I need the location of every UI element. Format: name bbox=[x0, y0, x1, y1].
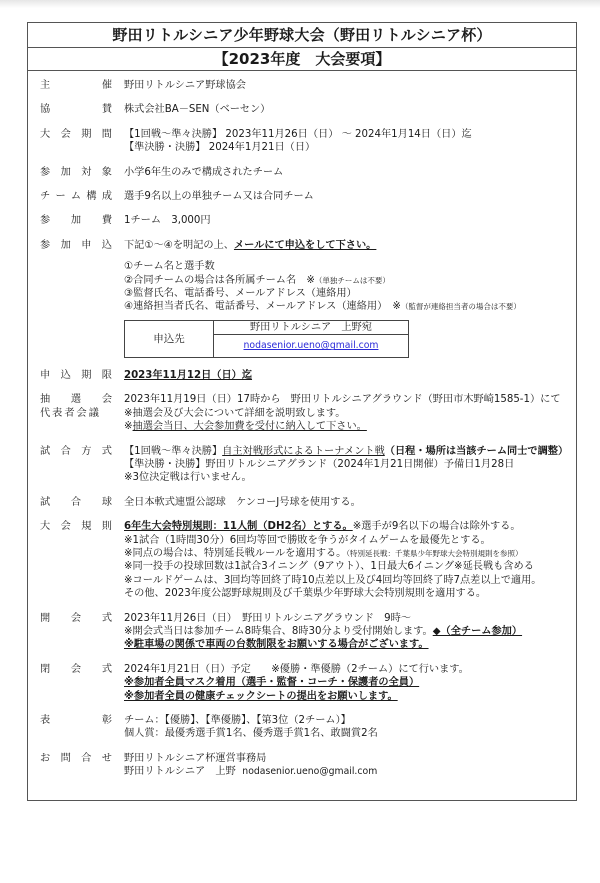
section-format: 試 合 方 式 【1回戦～準々決勝】自主対戦形式によるトーナメント戦（日程・場所… bbox=[40, 445, 576, 485]
lottery-line: ※抽選会当日、大会参加費を受付に納入して下さい。 bbox=[124, 420, 576, 433]
inquiry-email[interactable]: nodasenior.ueno@gmail.com bbox=[242, 766, 377, 777]
document-subtitle: 【2023年度 大会要項】 bbox=[28, 48, 576, 71]
format-line: 【1回戦～準々決勝】自主対戦形式によるトーナメント戦（日程・場所は当該チーム同士… bbox=[124, 445, 576, 458]
contact-name: 野田リトルシニア 上野宛 bbox=[214, 321, 408, 335]
application-item: ①チーム名と選手数 bbox=[124, 260, 576, 273]
contact-email-link[interactable]: nodasenior.ueno@gmail.com bbox=[214, 335, 408, 357]
section-label: 開 会 式 bbox=[40, 612, 112, 652]
application-intro: 下記①～④を明記の上、メールにて申込をして下さい。 bbox=[124, 239, 576, 252]
period-line: 【準決勝・決勝】 2024年1月21日（日） bbox=[124, 141, 576, 154]
opening-line: 2023年11月26日（日） 野田リトルシニアグラウンド 9時～ bbox=[124, 612, 576, 625]
sponsor-value: 株式会社BA－SEN（ベーセン） bbox=[124, 103, 576, 116]
section-team: チ ー ム 構 成 選手9名以上の単独チーム又は合同チーム bbox=[40, 190, 576, 203]
opening-line: ※駐車場の関係で車両の台数制限をお願いする場合がございます。 bbox=[124, 638, 576, 651]
application-item: ③監督氏名、電話番号、メールアドレス（連絡用） bbox=[124, 287, 576, 300]
section-awards: 表 彰 チーム：【優勝】、【準優勝】、【第3位（2チーム）】 個人賞：最優秀選手… bbox=[40, 714, 576, 741]
section-opening: 開 会 式 2023年11月26日（日） 野田リトルシニアグラウンド 9時～ ※… bbox=[40, 612, 576, 652]
ball-value: 全日本軟式連盟公認球 ケンコーJ号球を使用する。 bbox=[124, 496, 576, 509]
section-period: 大 会 期 間 【1回戦～準々決勝】 2023年11月26日（日） ～ 2024… bbox=[40, 128, 576, 155]
section-eligibility: 参 加 対 象 小学6年生のみで構成されたチーム bbox=[40, 166, 576, 179]
deadline-value: 2023年11月12日（日）迄 bbox=[124, 369, 576, 382]
awards-line: チーム：【優勝】、【準優勝】、【第3位（2チーム）】 bbox=[124, 714, 576, 727]
section-label: 大 会 期 間 bbox=[40, 128, 112, 155]
closing-line: ※参加者全員マスク着用（選手・監督・コーチ・保護者の全員） bbox=[124, 676, 576, 689]
rules-line: ※同一投手の投球回数は1試合3イニング（9アウト）、1日最大6イニング※延長戦も… bbox=[124, 560, 576, 573]
document-title: 野田リトルシニア少年野球大会（野田リトルシニア杯） bbox=[28, 23, 576, 48]
section-label: 申 込 期 限 bbox=[40, 369, 112, 382]
application-contact-box: 申込先 野田リトルシニア 上野宛 nodasenior.ueno@gmail.c… bbox=[124, 320, 409, 358]
section-fee: 参 加 費 1チーム 3,000円 bbox=[40, 214, 576, 227]
section-label: 閉 会 式 bbox=[40, 663, 112, 703]
document-body: 主 催 野田リトルシニア野球協会 協 賛 株式会社BA－SEN（ベーセン） 大 … bbox=[28, 71, 576, 779]
section-lottery: 抽 選 会 代表者会議 2023年11月19日（日）17時から 野田リトルシニア… bbox=[40, 393, 576, 433]
format-line: 【準決勝・決勝】野田リトルシニアグランド（2024年1月21日開催）予備日1月2… bbox=[124, 458, 576, 471]
application-item: ②合同チームの場合は各所属チーム名 ※（単独チームは不要） bbox=[124, 274, 576, 287]
section-label: お 問 合 せ bbox=[40, 752, 112, 779]
section-label: 参 加 対 象 bbox=[40, 166, 112, 179]
lottery-line: 2023年11月19日（日）17時から 野田リトルシニアグラウンド（野田市木野崎… bbox=[124, 393, 576, 406]
section-label: 試 合 方 式 bbox=[40, 445, 112, 485]
inquiry-line: 野田リトルシニア杯運営事務局 bbox=[124, 752, 576, 765]
section-label: 表 彰 bbox=[40, 714, 112, 741]
top-shadow bbox=[0, 0, 600, 8]
rules-line: ※コールドゲームは、3回均等回終了時10点差以上及び4回均等回終了時7点差以上で… bbox=[124, 574, 576, 587]
tournament-guidelines-document: 野田リトルシニア少年野球大会（野田リトルシニア杯） 【2023年度 大会要項】 … bbox=[27, 22, 577, 801]
section-label: 協 賛 bbox=[40, 103, 112, 116]
team-value: 選手9名以上の単独チーム又は合同チーム bbox=[124, 190, 576, 203]
section-label: 抽 選 会 代表者会議 bbox=[40, 393, 112, 433]
fee-value: 1チーム 3,000円 bbox=[124, 214, 576, 227]
application-instruction-emphasis: メールにて申込をして下さい。 bbox=[234, 240, 376, 251]
section-ball: 試 合 球 全日本軟式連盟公認球 ケンコーJ号球を使用する。 bbox=[40, 496, 576, 509]
format-line: ※3位決定戦は行いません。 bbox=[124, 471, 576, 484]
inquiry-line: 野田リトルシニア 上野 nodasenior.ueno@gmail.com bbox=[124, 765, 576, 778]
closing-line: ※参加者全員の健康チェックシートの提出をお願いします。 bbox=[124, 690, 576, 703]
section-label: チ ー ム 構 成 bbox=[40, 190, 112, 203]
eligibility-value: 小学6年生のみで構成されたチーム bbox=[124, 166, 576, 179]
section-rules: 大 会 規 則 6年生大会特別規則：11人制（DH2名）とする。※選手が9名以下… bbox=[40, 520, 576, 600]
section-label: 主 催 bbox=[40, 79, 112, 92]
rules-line: ※同点の場合は、特別延長戦ルールを適用する。（特別延長戦：千葉県少年野球大会特別… bbox=[124, 547, 576, 560]
section-label: 参 加 費 bbox=[40, 214, 112, 227]
section-label: 大 会 規 則 bbox=[40, 520, 112, 600]
section-inquiry: お 問 合 せ 野田リトルシニア杯運営事務局 野田リトルシニア 上野 nodas… bbox=[40, 752, 576, 779]
section-closing: 閉 会 式 2024年1月21日（日）予定 ※優勝・準優勝（2チーム）にて行いま… bbox=[40, 663, 576, 703]
lottery-line: ※抽選会及び大会について詳細を説明致します。 bbox=[124, 407, 576, 420]
rules-line: 6年生大会特別規則：11人制（DH2名）とする。※選手が9名以下の場合は除外する… bbox=[124, 520, 576, 533]
section-sponsor: 協 賛 株式会社BA－SEN（ベーセン） bbox=[40, 103, 576, 116]
section-label: 試 合 球 bbox=[40, 496, 112, 509]
opening-line: ※開会式当日は参加チーム8時集合、8時30分より受付開始します。◆（全チーム参加… bbox=[124, 625, 576, 638]
application-item: ④連絡担当者氏名、電話番号、メールアドレス（連絡用） ※（監督が連絡担当者の場合… bbox=[124, 300, 576, 313]
section-deadline: 申 込 期 限 2023年11月12日（日）迄 bbox=[40, 369, 576, 382]
rules-line: ※1試合（1時間30分）6回均等回で勝敗を争うがタイムゲームを最優先とする。 bbox=[124, 534, 576, 547]
awards-line: 個人賞：最優秀選手賞1名、優秀選手賞1名、敢闘賞2名 bbox=[124, 727, 576, 740]
section-application: 参 加 申 込 下記①～④を明記の上、メールにて申込をして下さい。 ①チーム名と… bbox=[40, 239, 576, 314]
closing-line: 2024年1月21日（日）予定 ※優勝・準優勝（2チーム）にて行います。 bbox=[124, 663, 576, 676]
section-host: 主 催 野田リトルシニア野球協会 bbox=[40, 79, 576, 92]
contact-label: 申込先 bbox=[125, 321, 214, 357]
section-label: 参 加 申 込 bbox=[40, 239, 112, 314]
rules-line: その他、2023年度公認野球規則及び千葉県少年野球大会特別規則を適用する。 bbox=[124, 587, 576, 600]
period-line: 【1回戦～準々決勝】 2023年11月26日（日） ～ 2024年1月14日（日… bbox=[124, 128, 576, 141]
host-value: 野田リトルシニア野球協会 bbox=[124, 79, 576, 92]
